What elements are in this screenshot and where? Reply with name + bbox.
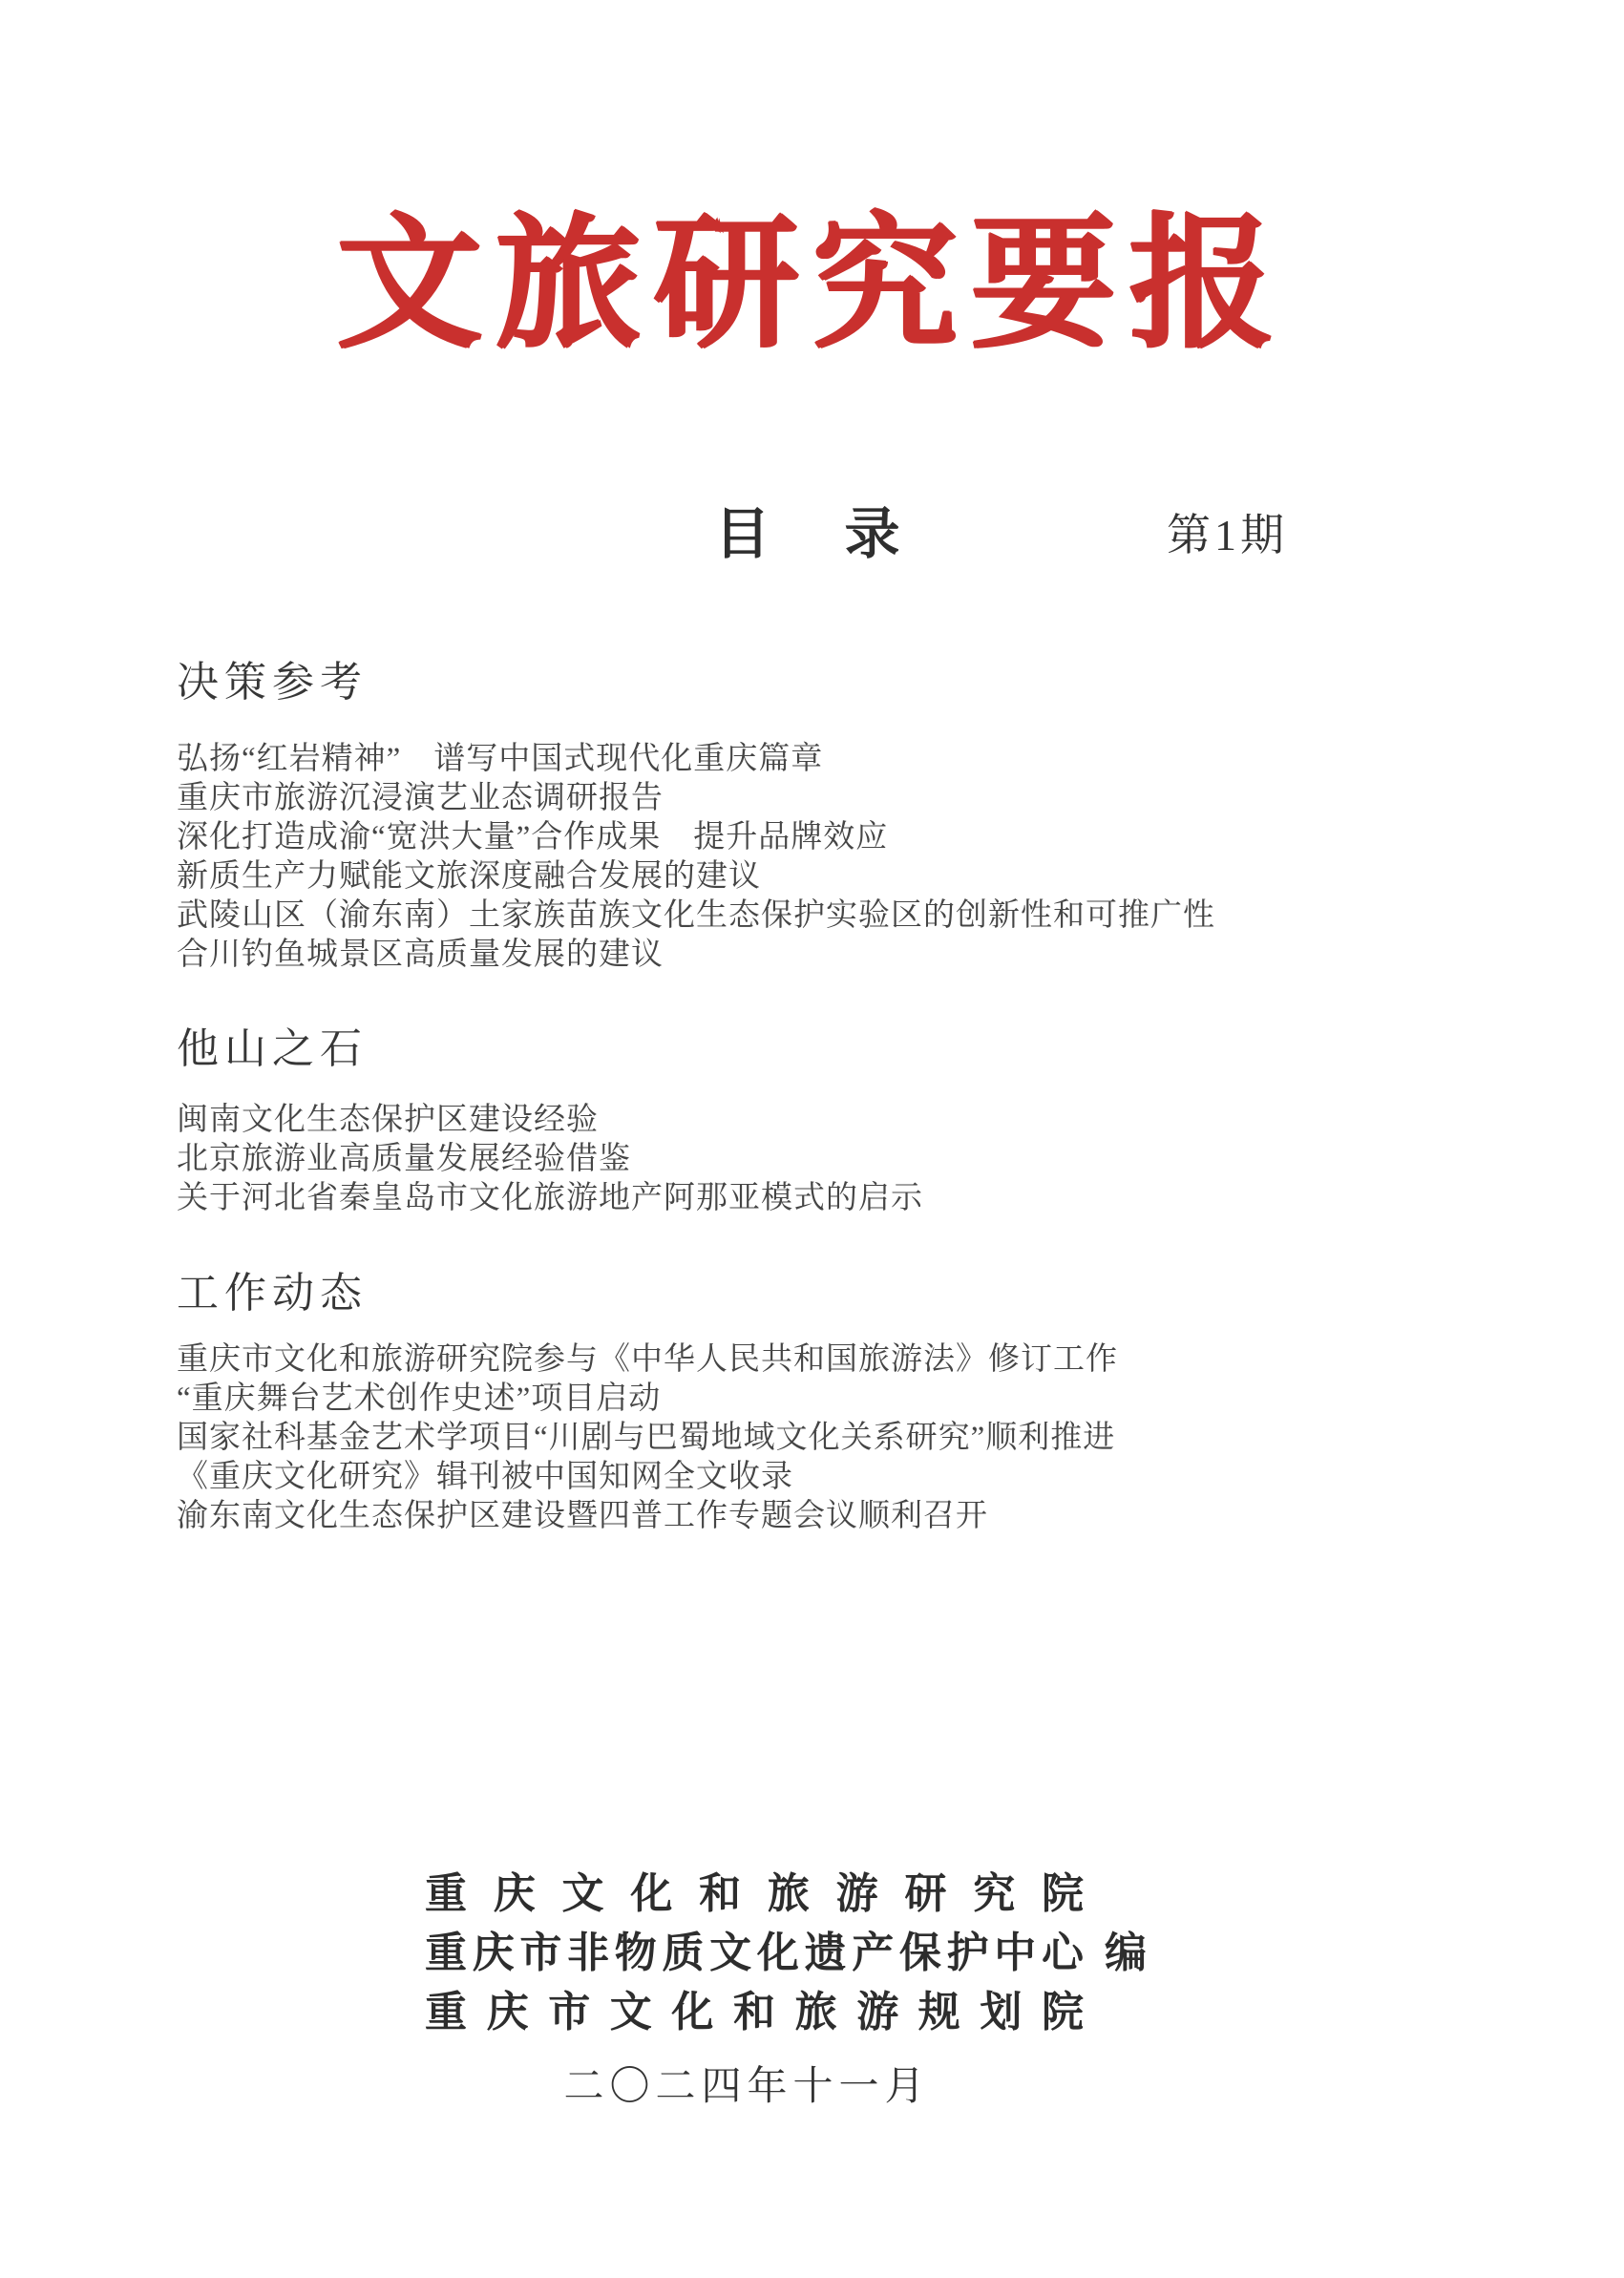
section-heading-work-updates: 工作动态 [177, 1258, 368, 1319]
issue-number: 第1期 [1167, 500, 1288, 563]
page-title: 文旅研究要报 [0, 167, 1624, 375]
toc-item: 新质生产力赋能文旅深度融合发展的建议 [177, 857, 1215, 896]
document-cover-page: 文旅研究要报 目 录 第1期 决策参考 弘扬“红岩精神” 谱写中国式现代化重庆篇… [0, 0, 1624, 2278]
toc-item: 重庆市旅游沉浸演艺业态调研报告 [177, 779, 1215, 818]
section-heading-decision-reference: 决策参考 [177, 647, 368, 708]
publisher-org: 重庆市非物质文化遗产保护中心 [425, 1924, 1084, 1983]
toc-item: 渝东南文化生态保护区建设暨四普工作专题会议顺利召开 [177, 1497, 1118, 1536]
publisher-org: 重庆市文化和旅游规划院 [425, 1983, 1084, 2042]
toc-list-lessons-from-others: 闽南文化生态保护区建设经验 北京旅游业高质量发展经验借鉴 关于河北省秦皇岛市文化… [177, 1101, 923, 1218]
toc-item: 武陵山区（渝东南）土家族苗族文化生态保护实验区的创新性和可推广性 [177, 896, 1215, 936]
toc-list-work-updates: 重庆市文化和旅游研究院参与《中华人民共和国旅游法》修订工作 “重庆舞台艺术创作史… [177, 1340, 1118, 1536]
section-heading-lessons-from-others: 他山之石 [177, 1014, 368, 1075]
toc-item: 闽南文化生态保护区建设经验 [177, 1101, 923, 1140]
toc-list-decision-reference: 弘扬“红岩精神” 谱写中国式现代化重庆篇章 重庆市旅游沉浸演艺业态调研报告 深化… [177, 740, 1215, 975]
toc-item: 重庆市文化和旅游研究院参与《中华人民共和国旅游法》修订工作 [177, 1340, 1118, 1380]
toc-item: 合川钓鱼城景区高质量发展的建议 [177, 936, 1215, 975]
publisher-block: 重庆文化和旅游研究院 重庆市非物质文化遗产保护中心 重庆市文化和旅游规划院 编 [425, 1865, 1084, 2042]
toc-heading: 目 录 [0, 489, 1624, 569]
toc-item: “重庆舞台艺术创作史述”项目启动 [177, 1380, 1118, 1419]
toc-item: 关于河北省秦皇岛市文化旅游地产阿那亚模式的启示 [177, 1179, 923, 1218]
toc-item: 《重庆文化研究》辑刊被中国知网全文收录 [177, 1458, 1118, 1497]
toc-item: 国家社科基金艺术学项目“川剧与巴蜀地域文化关系研究”顺利推进 [177, 1419, 1118, 1458]
editor-label: 编 [1105, 1924, 1147, 1983]
toc-item: 弘扬“红岩精神” 谱写中国式现代化重庆篇章 [177, 740, 1215, 779]
toc-item: 北京旅游业高质量发展经验借鉴 [177, 1140, 923, 1179]
toc-item: 深化打造成渝“宽洪大量”合作成果 提升品牌效应 [177, 818, 1215, 857]
publication-date: 二〇二四年十一月 [0, 2055, 1624, 2112]
publisher-org: 重庆文化和旅游研究院 [425, 1865, 1084, 1924]
